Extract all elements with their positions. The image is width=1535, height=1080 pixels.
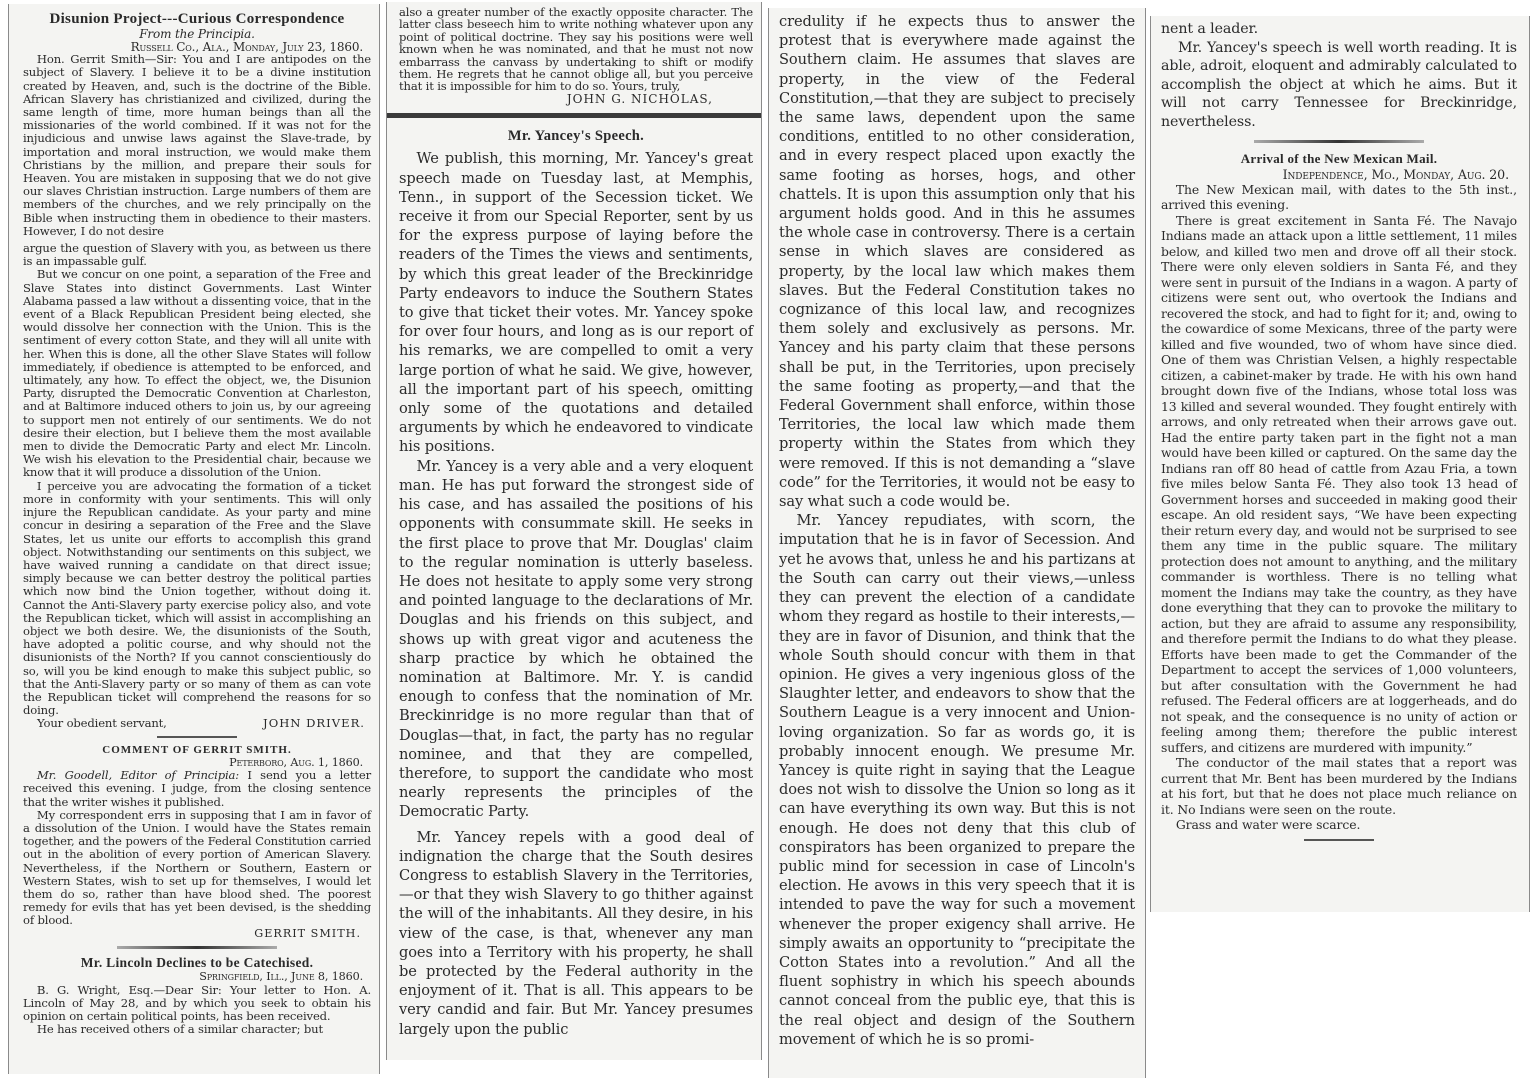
source-line: From the Principia. xyxy=(23,28,371,41)
article-yancey-speech: Mr. Yancey's Speech. We publish, this mo… xyxy=(399,128,753,1038)
subheadline: COMMENT OF GERRIT SMITH. xyxy=(23,744,371,757)
paragraph: Grass and water were scarce. xyxy=(1161,817,1517,833)
article-disunion-project: Disunion Project---Curious Correspondenc… xyxy=(23,10,371,730)
paragraph: credulity if he expects thus to answer t… xyxy=(779,12,1135,511)
paragraph: The New Mexican mail, with dates to the … xyxy=(1161,182,1517,213)
paragraph: Mr. Yancey is a very able and a very elo… xyxy=(399,457,753,822)
paragraph: But we concur on one point, a separation… xyxy=(23,268,371,479)
article-yancey-speech-continued: credulity if he expects thus to answer t… xyxy=(779,12,1135,1049)
column-2-clipping: also a greater number of the exactly opp… xyxy=(386,2,762,1060)
paragraph: B. G. Wright, Esq.—Dear Sir: Your letter… xyxy=(23,984,371,1024)
closing: Your obedient servant, xyxy=(37,717,167,730)
paragraph: There is great excitement in Santa Fé. T… xyxy=(1161,213,1517,756)
paragraph: Hon. Gerrit Smith—Sir: You and I are ant… xyxy=(23,53,371,238)
paragraph: Mr. Yancey's speech is well worth readin… xyxy=(1161,39,1517,132)
continuation-text: also a greater number of the exactly opp… xyxy=(399,6,753,93)
paragraph: I perceive you are advocating the format… xyxy=(23,480,371,718)
salutation: Mr. Goodell, Editor of Principia: xyxy=(37,768,239,782)
headline: Disunion Project---Curious Correspondenc… xyxy=(23,10,371,28)
paragraph: He has received others of a similar char… xyxy=(23,1023,371,1036)
column-1-clipping: Disunion Project---Curious Correspondenc… xyxy=(8,4,380,1074)
ornamental-rule xyxy=(117,946,277,949)
signature: GERRIT SMITH. xyxy=(23,928,371,941)
separator-rule xyxy=(157,736,237,738)
column-4-clipping: nent a leader. Mr. Yancey's speech is we… xyxy=(1150,16,1530,912)
paragraph: Mr. Yancey repudiates, with scorn, the i… xyxy=(779,511,1135,1049)
article-lincoln-declines: Mr. Lincoln Declines to be Catechised. S… xyxy=(23,955,371,1036)
headline: Arrival of the New Mexican Mail. xyxy=(1161,151,1517,167)
article-comment-gerrit-smith: COMMENT OF GERRIT SMITH. Peterboro, Aug.… xyxy=(23,744,371,940)
dateline: Independence, Mo., Monday, Aug. 20. xyxy=(1161,167,1517,182)
headline: Mr. Lincoln Declines to be Catechised. xyxy=(23,955,371,971)
article-new-mexican-mail: Arrival of the New Mexican Mail. Indepen… xyxy=(1161,151,1517,841)
signature: JOHN G. NICHOLAS, xyxy=(399,93,753,106)
column-3-clipping: credulity if he expects thus to answer t… xyxy=(768,8,1146,1078)
paragraph: We publish, this morning, Mr. Yancey's g… xyxy=(399,149,753,456)
paragraph: Mr. Yancey repels with a good deal of in… xyxy=(399,828,753,1039)
ornamental-rule xyxy=(1304,839,1374,841)
paragraph: nent a leader. xyxy=(1161,20,1517,39)
paragraph: My correspondent errs in supposing that … xyxy=(23,809,371,928)
paragraph: argue the question of Slavery with you, … xyxy=(23,242,371,268)
signature: JOHN DRIVER. xyxy=(263,717,365,730)
ornamental-rule xyxy=(1254,140,1424,143)
article-yancey-speech-end: nent a leader. Mr. Yancey's speech is we… xyxy=(1161,20,1517,132)
headline: Mr. Yancey's Speech. xyxy=(399,128,753,145)
separator-rule xyxy=(387,113,761,118)
dateline: Springfield, Ill., June 8, 1860. xyxy=(23,971,371,984)
paragraph: The conductor of the mail states that a … xyxy=(1161,755,1517,817)
